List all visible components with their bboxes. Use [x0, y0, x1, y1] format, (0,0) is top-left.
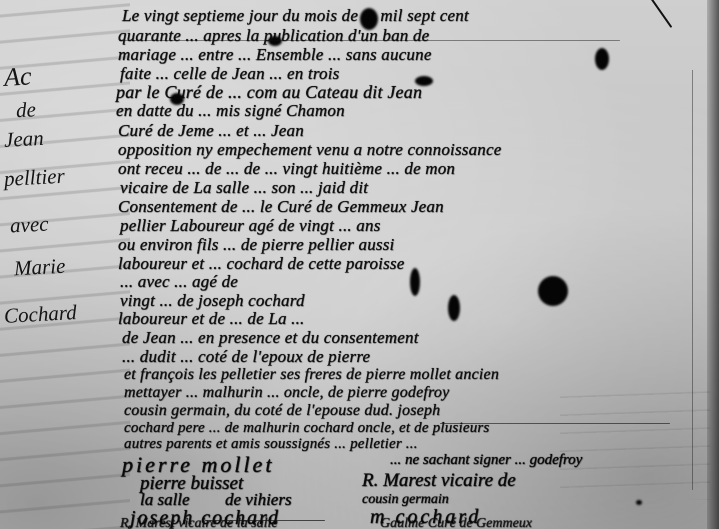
- text-line: vicaire de La salle ... son ... jaid dit: [120, 178, 368, 198]
- signature-marest-vicaire: R. Marest vicaire de: [362, 470, 516, 492]
- pen-stroke: [205, 520, 325, 521]
- text-line: de Jean ... en presence et du consenteme…: [122, 328, 419, 348]
- ink-blot: [410, 268, 420, 296]
- ink-blot: [360, 8, 378, 30]
- text-line: en datte du ... mis signé Chamon: [116, 101, 345, 121]
- ink-blot: [268, 36, 282, 46]
- margin-line: de: [4, 95, 115, 122]
- text-line: autres parents et amis soussignés ... pe…: [124, 436, 418, 453]
- ink-blot: [595, 48, 609, 70]
- signature-gaulme-cure: Gaulme Curé de Gemmeux: [380, 516, 532, 529]
- text-line: et françois les pelletier ses freres de …: [124, 366, 499, 384]
- signature-note: ... ne sachant signer ... godefroy: [390, 452, 582, 469]
- text-line: laboureur et de ... de La ...: [118, 309, 304, 329]
- ink-blot: [170, 93, 184, 105]
- register-entry-body: Le vingt septieme jour du mois de ... mi…: [110, 0, 710, 529]
- text-line: laboureur et ... cochard de cette parois…: [118, 254, 404, 274]
- margin-note: Ac de Jean pelltier avec Marie Cochard: [4, 62, 114, 324]
- text-line: faite ... celle de Jean ... en trois: [120, 64, 339, 84]
- margin-line: Marie: [4, 253, 115, 280]
- text-line: Curé de Jeme ... et ... Jean: [118, 121, 304, 141]
- text-line: vingt ... de joseph cochard: [120, 291, 305, 311]
- text-line: mariage ... entre ... Ensemble ... sans …: [118, 45, 432, 65]
- text-line: opposition ny empechement venu a notre c…: [118, 140, 501, 160]
- margin-line: avec: [4, 210, 115, 237]
- ink-dot: [636, 500, 642, 505]
- text-line: Consentement de ... le Curé de Gemmeux J…: [118, 197, 444, 217]
- text-line: ou environ fils ... de pierre pellier au…: [118, 235, 394, 255]
- text-line: par le Curé de ... com au Cateau dit Jea…: [116, 82, 422, 103]
- margin-line: Ac: [3, 59, 114, 91]
- text-line: ... avec ... agé de: [120, 272, 238, 292]
- pen-stroke: [440, 423, 670, 424]
- text-line: pellier Laboureur agé de vingt ... ans: [120, 216, 381, 236]
- pen-stroke: [120, 40, 620, 41]
- text-line: cousin germain, du coté de l'epouse dud.…: [124, 402, 440, 420]
- ink-blot: [448, 295, 460, 321]
- text-line: cochard pere ... de malhurin cochard onc…: [124, 420, 489, 437]
- margin-line: Cochard: [4, 300, 115, 327]
- text-line: ... dudit ... coté de l'epoux de pierre: [122, 347, 370, 367]
- document-page: Ac de Jean pelltier avec Marie Cochard L…: [0, 0, 719, 529]
- margin-line: pelltier: [4, 163, 115, 190]
- margin-line: Jean: [4, 124, 115, 151]
- ink-blot: [415, 76, 433, 86]
- text-line: Le vingt septieme jour du mois de ... mi…: [122, 6, 469, 26]
- text-line: ont receu ... de ... de ... vingt huitiè…: [118, 159, 455, 179]
- text-line: mettayer ... malhurin ... oncle, de pier…: [124, 384, 449, 402]
- ink-blot: [538, 276, 568, 306]
- signature-marest-vicaire-la-salle: R. Marest vicaire de la salle: [120, 516, 278, 529]
